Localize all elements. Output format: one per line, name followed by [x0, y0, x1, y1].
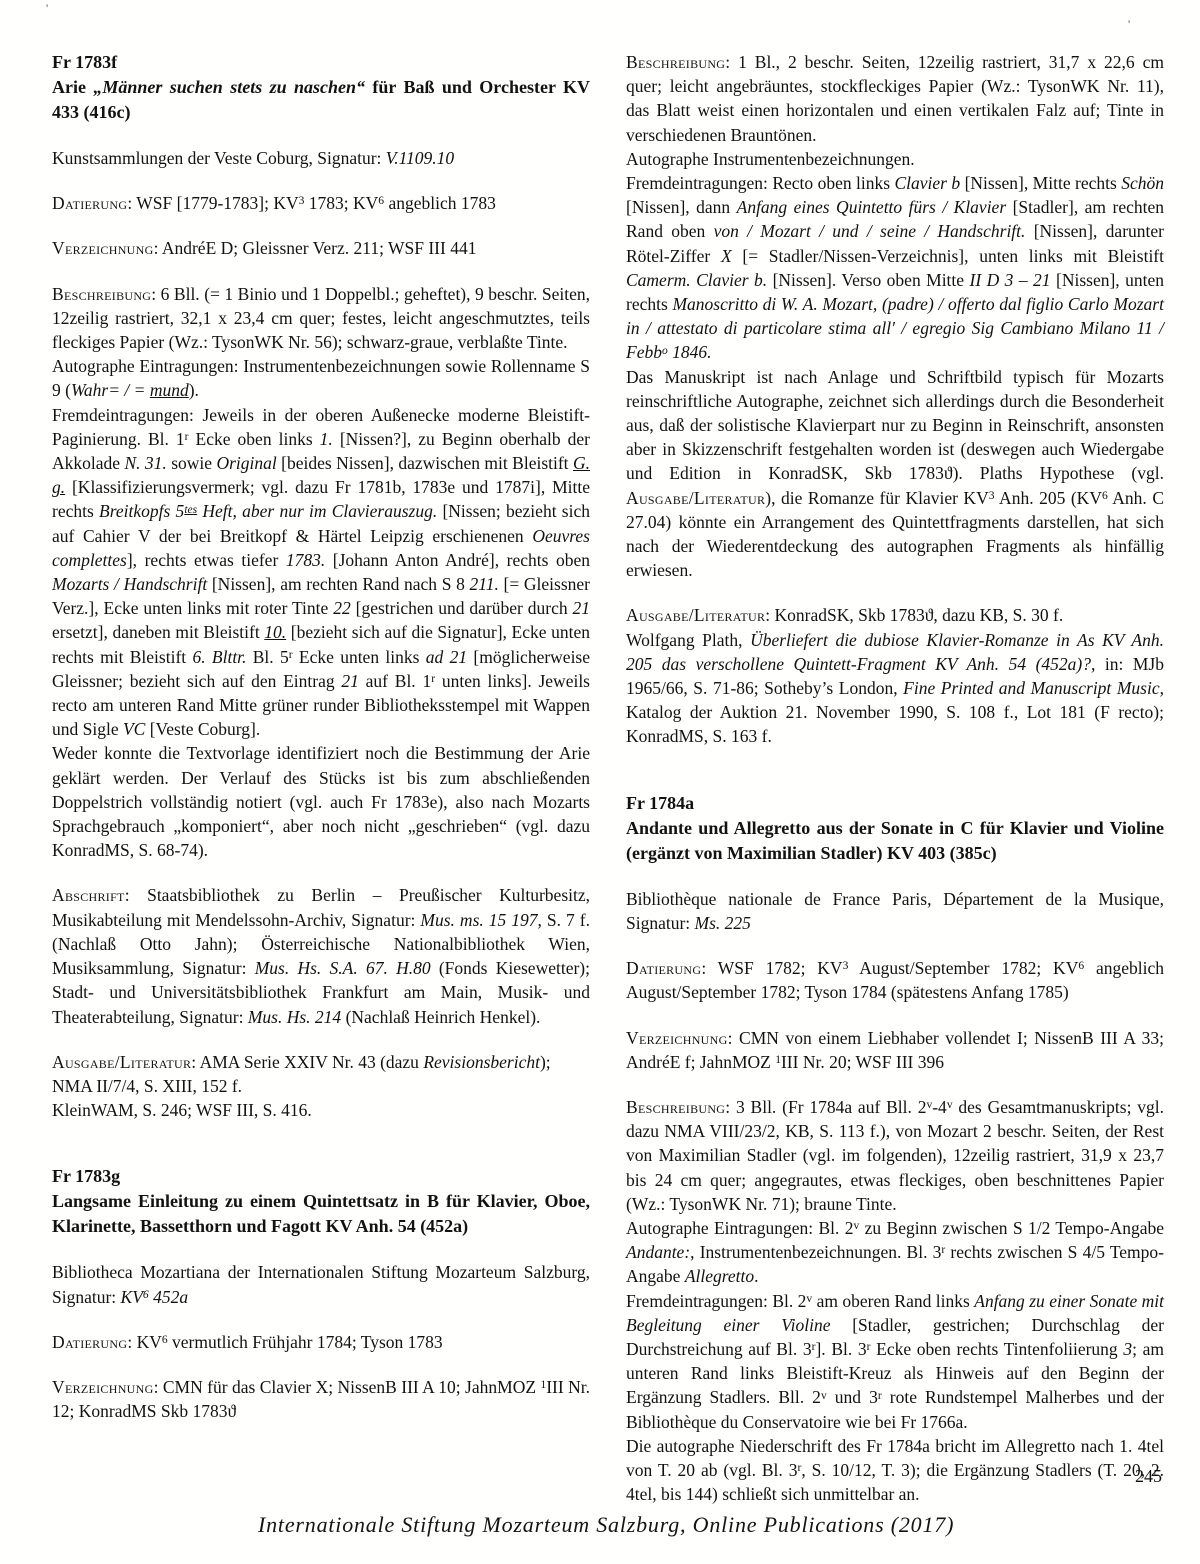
text-segment: o [662, 345, 668, 357]
text-segment: August/September 1782; KV [848, 958, 1078, 978]
entry-heading-fr-1783g: Fr 1783gLangsame Einleitung zu einem Qui… [52, 1164, 590, 1239]
text-segment: [gestrichen und darüber durch [351, 598, 573, 618]
text-segment: mund [150, 380, 189, 400]
text-segment: 3 [843, 960, 849, 972]
text-segment: von / Mozart / und / seine / Handschrift… [714, 221, 1026, 241]
text-segment: 6 [143, 1289, 149, 1301]
text-segment: : WSF [1779-1783]; KV [127, 193, 298, 213]
text-segment: 1783. [286, 550, 325, 570]
text-segment: Bl. 5 [246, 647, 288, 667]
text-segment: Abschrift [52, 885, 125, 905]
text-segment: r [941, 1244, 945, 1256]
text-segment: (Nachlaß Heinrich Henkel). [341, 1007, 540, 1027]
text-segment: v [854, 1220, 860, 1232]
right-column: Beschreibung: 1 Bl., 2 beschr. Seiten, 1… [626, 50, 1164, 1506]
text-segment: ad 21 [426, 647, 467, 667]
text-segment: sowie [167, 453, 217, 473]
text-segment: r [431, 673, 435, 685]
text-segment: Clavier b [894, 173, 960, 193]
text-segment: r [289, 649, 293, 661]
text-segment: Beschreibung [626, 52, 725, 72]
verzeichnung-line-fr-1783f: Verzeichnung: AndréE D; Gleissner Verz. … [52, 236, 590, 260]
text-segment: 6 [1078, 960, 1084, 972]
ausgabe-literatur-paragraph-fr-1783f: Ausgabe/Literatur: AMA Serie XXIV Nr. 43… [52, 1050, 590, 1123]
text-segment: Ecke unten links [293, 647, 426, 667]
scan-speck: ' [46, 2, 48, 14]
text-segment: Ausgabe/Literatur [626, 488, 765, 508]
text-segment: [Nissen]. Verso oben Mitte [767, 270, 969, 290]
repository-line-fr-1783f: Kunstsammlungen der Veste Coburg, Signat… [52, 146, 590, 170]
text-segment: „Männer suchen stets zu naschen“ [93, 77, 365, 97]
text-segment: Datierung [52, 193, 127, 213]
text-segment: Mus. Hs. S.A. 67. H.80 [255, 958, 431, 978]
text-segment: v [947, 1099, 953, 1111]
text-segment: Verzeichnung [52, 1377, 154, 1397]
text-segment: Das Manuskript ist nach Anlage und Schri… [626, 367, 1164, 484]
ausgabe-literatur-paragraph-fr-1783g: Ausgabe/Literatur: KonradSK, Skb 1783ϑ, … [626, 603, 1164, 748]
text-segment: 6 [1102, 490, 1108, 502]
text-segment: KleinWAM, S. 246; WSF III, S. 416. [52, 1100, 312, 1120]
text-segment: [Veste Coburg]. [145, 719, 260, 739]
beschreibung-paragraph-fr-1784a: Beschreibung: 3 Bll. (Fr 1784a auf Bll. … [626, 1095, 1164, 1506]
text-segment: V.1109.10 [386, 148, 454, 168]
text-segment: : AMA Serie XXIV Nr. 43 (dazu [191, 1052, 423, 1072]
text-segment: Andante und Allegretto aus der Sonate in… [626, 818, 1164, 863]
text-segment: Fine Printed and Manuscript Music [903, 678, 1159, 698]
left-column: Fr 1783fArie „Männer suchen stets zu nas… [52, 50, 590, 1423]
text-segment: Datierung [52, 1332, 127, 1352]
text-segment: Datierung [626, 958, 701, 978]
text-segment: Kunstsammlungen der Veste Coburg, Signat… [52, 148, 386, 168]
verzeichnung-line-fr-1783g: Verzeichnung: CMN für das Clavier X; Nis… [52, 1375, 590, 1423]
text-segment: 1846. [668, 342, 712, 362]
text-segment: 211. [470, 574, 499, 594]
text-segment: Anfang eines Quintetto fürs / Klavier [737, 197, 1007, 217]
text-segment: 10. [264, 622, 286, 642]
beschreibung-paragraph-fr-1783f: Beschreibung: 6 Bll. (= 1 Binio und 1 Do… [52, 282, 590, 863]
text-segment: Beschreibung [626, 1097, 725, 1117]
text-segment: am oberen Rand links [812, 1291, 974, 1311]
text-segment: r [867, 1341, 871, 1353]
text-segment: X [721, 246, 732, 266]
text-segment: Verzeichnung [626, 1028, 728, 1048]
entry-heading-fr-1784a: Fr 1784aAndante und Allegretto aus der S… [626, 791, 1164, 866]
text-segment: Arie [52, 77, 93, 97]
text-segment: Mus. ms. 15 197 [420, 910, 537, 930]
text-segment: : KV [127, 1332, 162, 1352]
text-segment: 22 [333, 598, 351, 618]
text-segment: [Johann Anton André], rechts oben [325, 550, 590, 570]
text-segment: Allegretto [685, 1266, 754, 1286]
text-segment: Original [216, 453, 276, 473]
text-segment: [Nissen], Mitte rechts [960, 173, 1121, 193]
verzeichnung-line-fr-1784a: Verzeichnung: CMN von einem Liebhaber vo… [626, 1026, 1164, 1074]
text-segment: Mozarts / Handschrift [52, 574, 207, 594]
text-segment: 21 [341, 671, 359, 691]
text-segment: : AndréE D; Gleissner Verz. 211; WSF III… [154, 238, 477, 258]
text-segment: Heft, aber nur im Clavierauszug. [197, 501, 437, 521]
text-segment: r [797, 1462, 801, 1474]
text-segment: : CMN für das Clavier X; NissenB III A 1… [154, 1377, 541, 1397]
text-segment: Fremdeintragungen: Bl. 2 [626, 1291, 806, 1311]
text-segment: 1 [775, 1054, 781, 1066]
text-segment: tes [184, 504, 197, 516]
text-segment: III Nr. 20; WSF III 396 [781, 1052, 944, 1072]
text-segment: 1. [320, 429, 333, 449]
text-segment: 1783; KV [304, 193, 378, 213]
text-segment: Ecke oben links [189, 429, 320, 449]
text-segment: r [185, 431, 189, 443]
text-segment: Anh. 205 (KV [995, 488, 1102, 508]
datierung-line-fr-1783g: Datierung: KV6 vermutlich Frühjahr 1784;… [52, 1330, 590, 1354]
text-segment: 3 [1123, 1339, 1132, 1359]
text-segment: [Nissen], dann [626, 197, 737, 217]
text-segment: -4 [932, 1097, 947, 1117]
text-segment: Fr 1783g [52, 1166, 120, 1186]
text-segment: KV [121, 1287, 143, 1307]
text-segment: 3 [989, 490, 995, 502]
text-segment: ]. Bl. 3 [815, 1339, 866, 1359]
text-segment: 6 [162, 1334, 168, 1346]
repository-line-fr-1784a: Bibliothèque nationale de France Paris, … [626, 887, 1164, 935]
text-segment: Autographe Instrumentenbezeichnungen. [626, 149, 915, 169]
text-segment: Ecke oben rechts Tintenfoliierung [871, 1339, 1124, 1359]
text-segment: [= Stadler/Nissen-Verzeichnis], unten li… [732, 246, 1164, 266]
text-segment: ); [540, 1052, 551, 1072]
text-segment: Weder konnte die Textvorlage identifizie… [52, 743, 590, 860]
text-segment: und 3 [827, 1387, 878, 1407]
text-segment: Camerm. Clavier b. [626, 270, 767, 290]
text-segment: : WSF 1782; KV [701, 958, 842, 978]
text-segment: Verzeichnung [52, 238, 154, 258]
text-segment: 1 [540, 1379, 546, 1391]
repository-line-fr-1783g: Bibliotheca Mozartiana der International… [52, 1260, 590, 1308]
text-segment: Andante: [626, 1242, 690, 1262]
text-segment: Ausgabe/Literatur [52, 1052, 191, 1072]
text-segment: NMA II/7/4, S. XIII, 152 f. [52, 1076, 242, 1096]
text-segment: ersetzt], daneben mit Bleistift [52, 622, 264, 642]
text-segment: Wahr= / = [71, 380, 150, 400]
text-segment: II D 3 – 21 [970, 270, 1051, 290]
text-segment: Breitkopfs 5 [99, 501, 184, 521]
text-segment: Fremdeintragungen: Recto oben links [626, 173, 894, 193]
page-number: 245 [1135, 1466, 1162, 1487]
text-segment: Ausgabe/Literatur [626, 605, 765, 625]
text-segment: ), die Romanze für Klavier KV [765, 488, 988, 508]
text-segment: Autographe Eintragungen: Bl. 2 [626, 1218, 854, 1238]
text-segment: [Nissen], am rechten Rand nach S 8 [207, 574, 469, 594]
text-segment: Mus. Hs. 214 [248, 1007, 341, 1027]
footer-imprint: Internationale Stiftung Mozarteum Salzbu… [258, 1512, 954, 1538]
text-segment: N. 31. [124, 453, 166, 473]
text-segment: v [806, 1293, 812, 1305]
beschreibung-paragraph-fr-1783g: Beschreibung: 1 Bl., 2 beschr. Seiten, 1… [626, 50, 1164, 582]
text-segment: 452a [149, 1287, 188, 1307]
text-segment: ], rechts etwas tiefer [127, 550, 286, 570]
document-page: ' ' Fr 1783fArie „Männer suchen stets zu… [0, 0, 1200, 1564]
text-segment: vermutlich Frühjahr 1784; Tyson 1783 [168, 1332, 443, 1352]
text-segment: : 3 Bll. (Fr 1784a auf Bll. 2 [725, 1097, 926, 1117]
text-segment: , Instrumentenbezeichnungen. Bl. 3 [690, 1242, 941, 1262]
text-segment: zu Beginn zwischen S 1/2 Tempo-Angabe [859, 1218, 1164, 1238]
text-segment: ). [189, 380, 199, 400]
text-segment: : KonradSK, Skb 1783ϑ, dazu KB, S. 30 f. [765, 605, 1063, 625]
text-segment: 21 [573, 598, 591, 618]
text-segment: r [878, 1390, 882, 1402]
text-segment: Langsame Einleitung zu einem Quintettsat… [52, 1191, 590, 1236]
text-segment: 3 [299, 195, 305, 207]
scan-speck: ' [1128, 18, 1130, 30]
datierung-line-fr-1783f: Datierung: WSF [1779-1783]; KV3 1783; KV… [52, 191, 590, 215]
text-segment: 6. Blttr. [192, 647, 246, 667]
text-segment: Revisionsbericht [423, 1052, 540, 1072]
text-segment: v [926, 1099, 932, 1111]
text-segment: auf Bl. 1 [359, 671, 431, 691]
text-segment: r [812, 1341, 816, 1353]
abschrift-paragraph-fr-1783f: Abschrift: Staatsbibliothek zu Berlin – … [52, 883, 590, 1028]
text-segment: Ms. 225 [695, 913, 751, 933]
text-segment: VC [123, 719, 145, 739]
datierung-line-fr-1784a: Datierung: WSF 1782; KV3 August/Septembe… [626, 956, 1164, 1004]
text-segment: Wolfgang Plath, [626, 630, 750, 650]
text-segment: Fr 1783f [52, 52, 117, 72]
entry-heading-fr-1783f: Fr 1783fArie „Männer suchen stets zu nas… [52, 50, 590, 125]
text-segment: v [821, 1390, 827, 1402]
text-segment: Schön [1121, 173, 1164, 193]
text-segment: Fr 1784a [626, 793, 694, 813]
text-segment: Beschreibung [52, 284, 151, 304]
text-segment: 6 [378, 195, 384, 207]
text-segment: . [754, 1266, 758, 1286]
text-segment: angeblich 1783 [384, 193, 496, 213]
text-segment: [beides Nissen], dazwischen mit Bleistif… [277, 453, 573, 473]
